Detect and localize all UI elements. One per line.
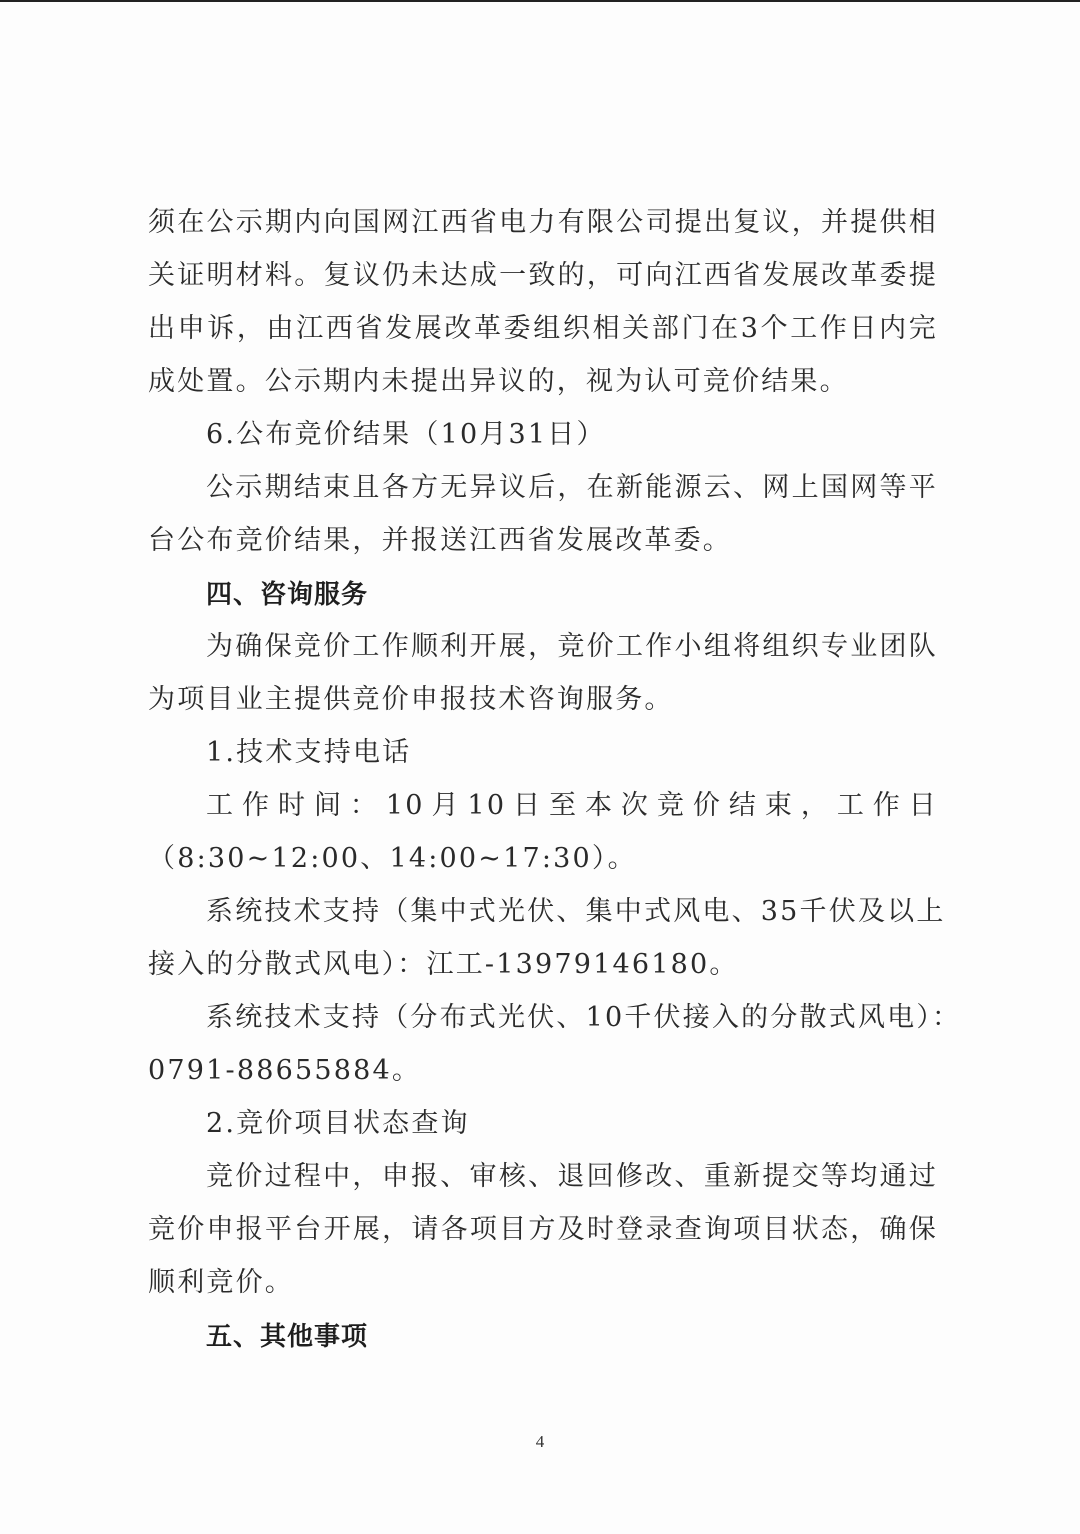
text-line: 成处置。公示期内未提出异议的，视为认可竞价结果。 [148, 355, 938, 408]
document-page-body: 须在公示期内向国网江西省电力有限公司提出复议，并提供相 关证明材料。复议仍未达成… [148, 196, 938, 1362]
text-line: 接入的分散式风电）：江工-13979146180。 [148, 938, 938, 991]
section-heading-other-matters: 五、其他事项 [148, 1309, 938, 1362]
text-line: 为项目业主提供竞价申报技术咨询服务。 [148, 673, 938, 726]
text-line: 顺利竞价。 [148, 1256, 938, 1309]
paragraph-centralized-support-contact: 系统技术支持（集中式光伏、集中式风电、35千伏及以上 接入的分散式风电）：江工-… [148, 885, 938, 991]
text-line: 系统技术支持（集中式光伏、集中式风电、35千伏及以上 [148, 885, 938, 938]
paragraph-distributed-support-contact: 系统技术支持（分布式光伏、10千伏接入的分散式风电）： 0791-8865588… [148, 991, 938, 1097]
subheading-publish-results: 6.公布竞价结果（10月31日） [148, 408, 938, 461]
text-line: 为确保竞价工作顺利开展，竞价工作小组将组织专业团队 [148, 620, 938, 673]
text-line: 竞价过程中，申报、审核、退回修改、重新提交等均通过 [148, 1150, 938, 1203]
text-line: 出申诉，由江西省发展改革委组织相关部门在3个工作日内完 [148, 302, 938, 355]
text-line: 工作时间：10月10日至本次竞价结束，工作日 [148, 779, 938, 832]
paragraph-consulting-intro: 为确保竞价工作顺利开展，竞价工作小组将组织专业团队 为项目业主提供竞价申报技术咨… [148, 620, 938, 726]
page-number: 4 [0, 1432, 1080, 1452]
subheading-project-status-query: 2.竞价项目状态查询 [148, 1097, 938, 1150]
text-line: 台公布竞价结果，并报送江西省发展改革委。 [148, 514, 938, 567]
text-line: 0791-88655884。 [148, 1044, 938, 1097]
text-line: 关证明材料。复议仍未达成一致的，可向江西省发展改革委提 [148, 249, 938, 302]
text-line: 须在公示期内向国网江西省电力有限公司提出复议，并提供相 [148, 196, 938, 249]
text-line: 竞价申报平台开展，请各项目方及时登录查询项目状态，确保 [148, 1203, 938, 1256]
top-border-rule [0, 0, 1080, 2]
subheading-support-phone: 1.技术支持电话 [148, 726, 938, 779]
text-line: （8:30~12:00、14:00~17:30）。 [148, 832, 938, 885]
paragraph-working-hours: 工作时间：10月10日至本次竞价结束，工作日 （8:30~12:00、14:00… [148, 779, 938, 885]
paragraph-objection-appeal: 须在公示期内向国网江西省电力有限公司提出复议，并提供相 关证明材料。复议仍未达成… [148, 196, 938, 408]
paragraph-project-status: 竞价过程中，申报、审核、退回修改、重新提交等均通过 竞价申报平台开展，请各项目方… [148, 1150, 938, 1309]
section-heading-consulting-services: 四、咨询服务 [148, 567, 938, 620]
text-line: 公示期结束且各方无异议后，在新能源云、网上国网等平 [148, 461, 938, 514]
paragraph-publish-results: 公示期结束且各方无异议后，在新能源云、网上国网等平 台公布竞价结果，并报送江西省… [148, 461, 938, 567]
text-line: 系统技术支持（分布式光伏、10千伏接入的分散式风电）： [148, 991, 938, 1044]
